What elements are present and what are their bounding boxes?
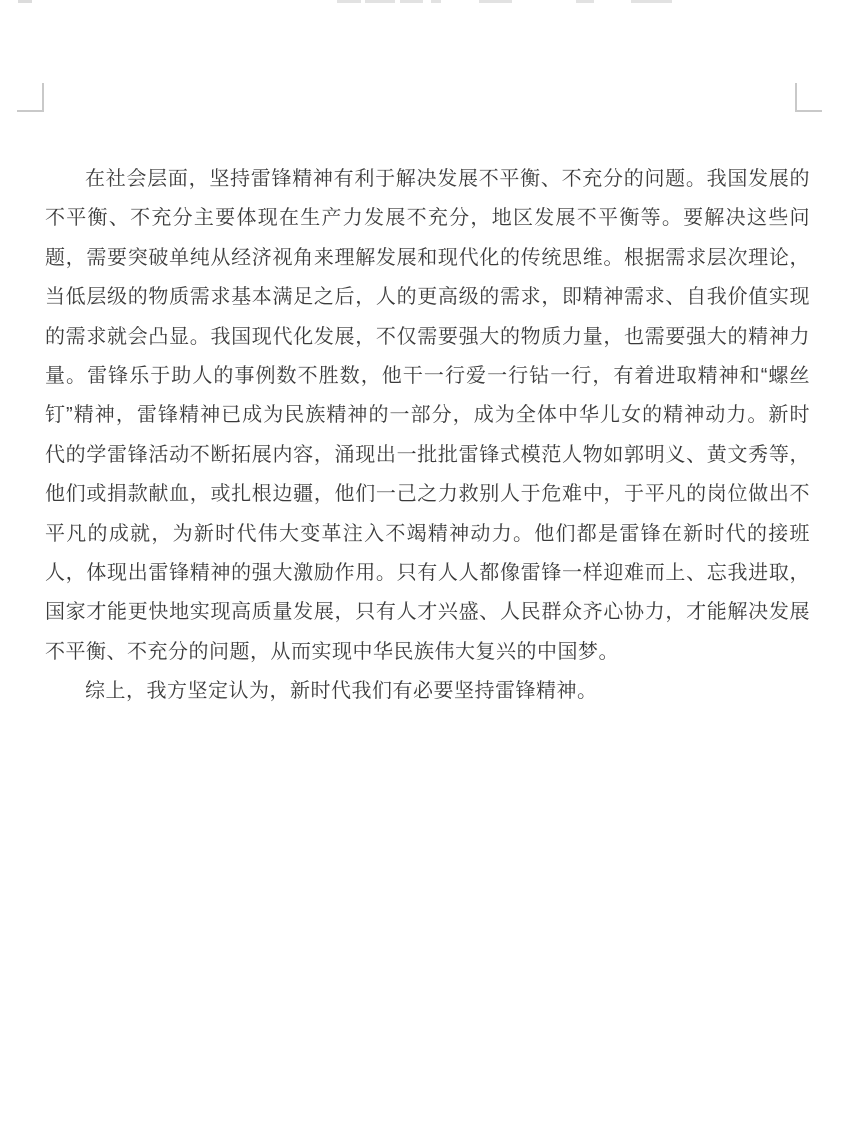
document-page: 在社会层面，坚持雷锋精神有利于解决发展不平衡、不充分的问题。我国发展的不平衡、不…: [0, 0, 848, 1132]
cutoff-ui-remnant: [18, 0, 32, 3]
cutoff-ui-remnant: [431, 0, 441, 3]
cutoff-ui-remnant: [337, 0, 361, 3]
margin-crop-mark-top-left: [17, 83, 44, 112]
cutoff-ui-remnant: [576, 0, 594, 3]
document-text-area[interactable]: 在社会层面，坚持雷锋精神有利于解决发展不平衡、不充分的问题。我国发展的不平衡、不…: [45, 160, 810, 712]
body-paragraph[interactable]: 在社会层面，坚持雷锋精神有利于解决发展不平衡、不充分的问题。我国发展的不平衡、不…: [45, 160, 810, 672]
cutoff-ui-remnant: [400, 0, 423, 3]
margin-crop-mark-top-right: [795, 83, 822, 112]
cutoff-ui-remnant: [365, 0, 395, 3]
cutoff-ui-remnant: [479, 0, 512, 3]
conclusion-paragraph[interactable]: 综上，我方坚定认为，新时代我们有必要坚持雷锋精神。: [45, 672, 810, 711]
cutoff-ui-remnant: [631, 0, 672, 3]
